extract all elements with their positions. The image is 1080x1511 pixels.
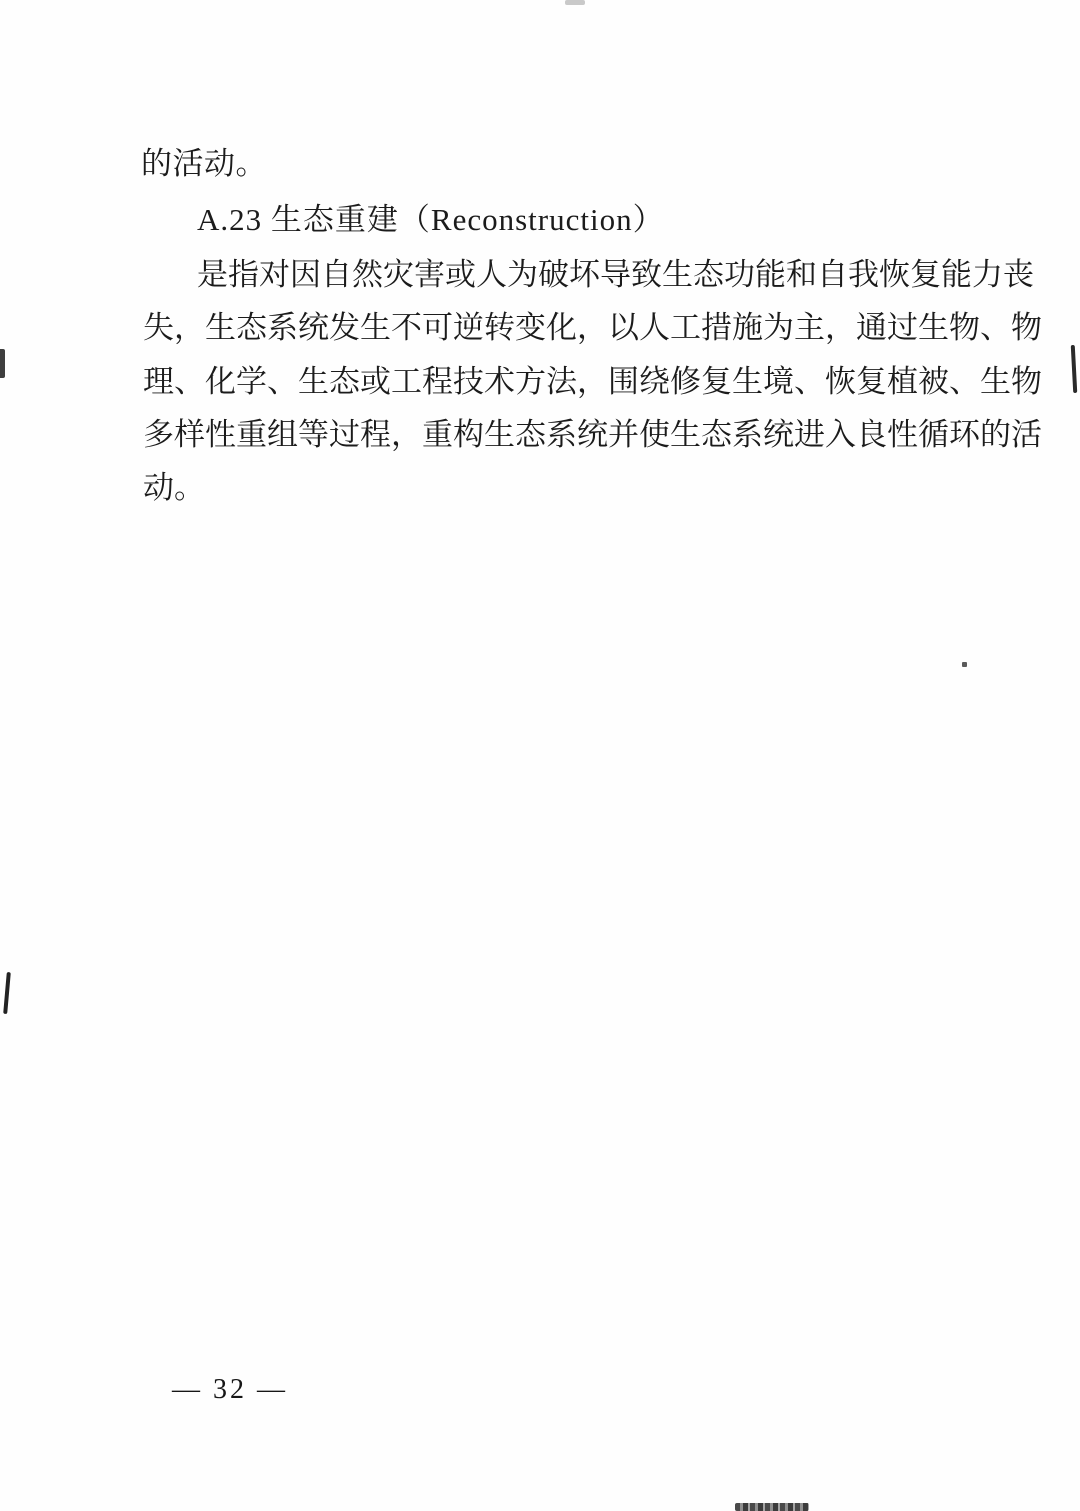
paragraph-line: 失，生态系统发生不可逆转变化，以人工措施为主，通过生物、物 bbox=[143, 308, 935, 348]
paragraph-line: 动。 bbox=[143, 468, 205, 508]
scan-artifact-bottom-smudge bbox=[735, 1503, 809, 1511]
page-number: — 32 — bbox=[172, 1374, 288, 1406]
paragraph-line: 是指对因自然灾害或人为破坏导致生态功能和自我恢复能力丧 bbox=[143, 255, 935, 295]
paragraph-continuation-line: 的活动。 bbox=[141, 144, 267, 184]
paragraph-line: 理、化学、生态或工程技术方法，围绕修复生境、恢复植被、生物 bbox=[143, 362, 935, 402]
scan-artifact-left-edge-mark bbox=[0, 349, 5, 378]
section-heading: A.23 生态重建（Reconstruction） bbox=[197, 200, 665, 240]
scan-artifact-dot bbox=[962, 662, 967, 667]
scan-artifact-left-pen-stroke bbox=[3, 972, 11, 1014]
scan-artifact-right-edge-stroke bbox=[1071, 345, 1078, 393]
paragraph-line: 多样性重组等过程，重构生态系统并使生态系统进入良性循环的活 bbox=[143, 415, 935, 455]
scan-artifact-top-mark bbox=[565, 0, 585, 5]
scanned-page: 的活动。 A.23 生态重建（Reconstruction） 是指对因自然灾害或… bbox=[0, 0, 1080, 1511]
